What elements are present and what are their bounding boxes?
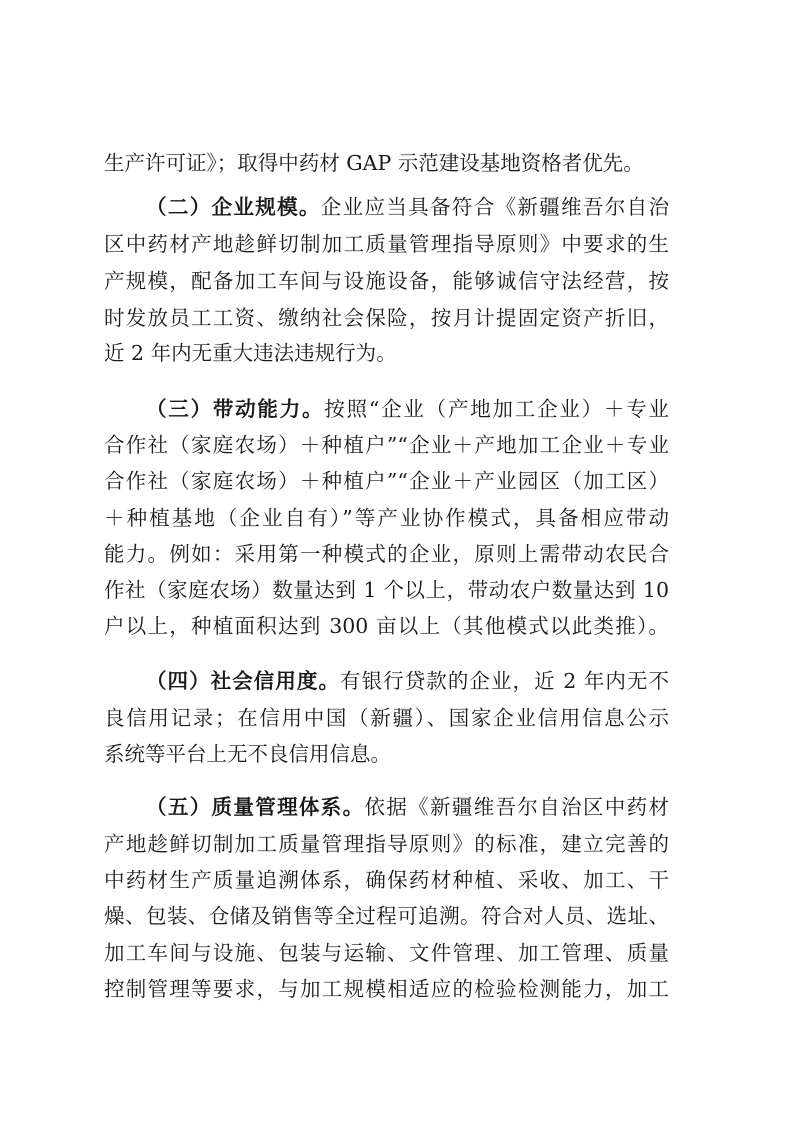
section-heading-quality-system: （五）质量管理体系。: [146, 795, 364, 819]
paragraph-text: 按照“企业（产地加工企业）＋专业: [324, 397, 669, 421]
paragraph-driving-capacity-first-line: （三）带动能力。按照“企业（产地加工企业）＋专业: [146, 394, 669, 424]
paragraph-line: 近 2 年内无重大违法违规行为。: [104, 338, 669, 368]
section-heading-social-credit: （四）社会信用度。: [146, 669, 340, 693]
paragraph-line: ＋种植基地（企业自有）”等产业协作模式，具备相应带动: [104, 503, 669, 533]
section-heading-driving-capacity: （三）带动能力。: [146, 397, 324, 421]
paragraph-quality-system-first-line: （五）质量管理体系。依据《新疆维吾尔自治区中药材: [146, 792, 669, 822]
paragraph-line: 能力。例如：采用第一种模式的企业，原则上需带动农民合: [104, 539, 669, 569]
document-page: 生产许可证》；取得中药材 GAP 示范建设基地资格者优先。 （二）企业规模。企业…: [0, 0, 793, 1122]
paragraph-text: 有银行贷款的企业，近 2 年内无不: [340, 669, 669, 693]
paragraph-line: 燥、包装、仓储及销售等全过程可追溯。符合对人员、选址、: [104, 901, 669, 931]
section-heading-enterprise-scale: （二）企业规模。: [146, 195, 321, 219]
paragraph-enterprise-scale-first-line: （二）企业规模。企业应当具备符合《新疆维吾尔自治: [146, 192, 669, 222]
paragraph-line: 产地趁鲜切制加工质量管理指导原则》的标准，建立完善的: [104, 829, 669, 859]
paragraph-text: 依据《新疆维吾尔自治区中药材: [364, 795, 669, 819]
paragraph-line: 中药材生产质量追溯体系，确保药材种植、采收、加工、干: [104, 865, 669, 895]
paragraph-line: 控制管理等要求，与加工规模相适应的检验检测能力，加工: [104, 974, 669, 1004]
paragraph-line: 合作社（家庭农场）＋种植户”“企业＋产地加工企业＋专业: [104, 430, 669, 460]
paragraph-line: 时发放员工工资、缴纳社会保险，按月计提固定资产折旧，: [104, 303, 669, 333]
paragraph-continuation-line: 生产许可证》；取得中药材 GAP 示范建设基地资格者优先。: [104, 148, 669, 178]
paragraph-line: 产规模，配备加工车间与设施设备，能够诚信守法经营，按: [104, 266, 669, 296]
paragraph-social-credit-first-line: （四）社会信用度。有银行贷款的企业，近 2 年内无不: [146, 666, 669, 696]
paragraph-line: 作社（家庭农场）数量达到 1 个以上，带动农户数量达到 10: [104, 575, 669, 605]
paragraph-line: 户以上，种植面积达到 300 亩以上（其他模式以此类推）。: [104, 611, 669, 641]
paragraph-line: 加工车间与设施、包装与运输、文件管理、加工管理、质量: [104, 938, 669, 968]
paragraph-line: 区中药材产地趁鲜切制加工质量管理指导原则》中要求的生: [104, 229, 669, 259]
paragraph-text: 企业应当具备符合《新疆维吾尔自治: [321, 195, 669, 219]
paragraph-line: 系统等平台上无不良信用信息。: [104, 739, 669, 769]
paragraph-line: 合作社（家庭农场）＋种植户”“企业＋产业园区（加工区）: [104, 466, 669, 496]
paragraph-line: 良信用记录；在信用中国（新疆）、国家企业信用信息公示: [104, 703, 669, 733]
